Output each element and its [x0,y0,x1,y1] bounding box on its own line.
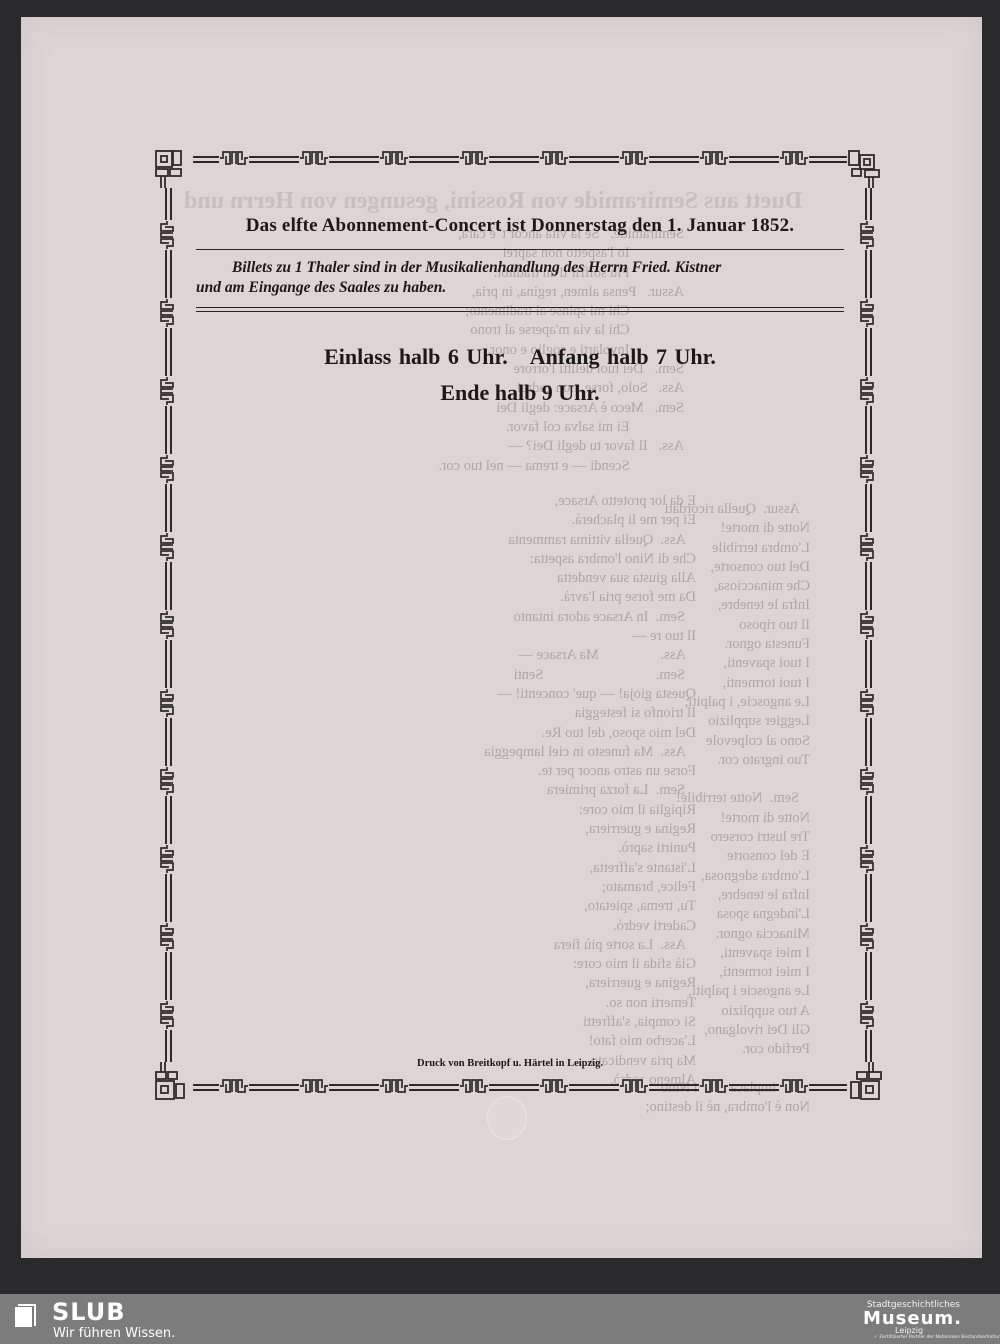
key-ornament-icon [299,1078,329,1094]
museum-city: Leipzig [895,1326,923,1335]
border-top-rail [177,156,860,163]
key-ornament-icon [159,454,175,484]
double-divider-rule [196,307,844,312]
corner-ornament-icon [153,148,193,188]
divider-rule [196,249,844,250]
key-ornament-icon [159,298,175,328]
key-ornament-icon [619,150,649,166]
key-ornament-icon [859,922,875,952]
key-ornament-icon [859,844,875,874]
key-ornament-icon [159,610,175,640]
key-ornament-icon [379,150,409,166]
border-bottom-rail [177,1084,860,1091]
key-ornament-icon [539,150,569,166]
slub-logo-icon [14,1302,38,1328]
ticket-info: Billets zu 1 Thaler sind in der Musikali… [196,258,846,298]
admission-times: Einlass halb 6 Uhr.Anfang halb 7 Uhr. [0,344,1000,370]
key-ornament-icon [699,150,729,166]
concert-announcement-heading: Das elfte Abonnement-Concert ist Donners… [0,215,1000,237]
ende-time: Ende halb 9 Uhr. [0,380,1000,406]
corner-ornament-icon [847,148,887,188]
key-ornament-icon [159,766,175,796]
footer-banner: SLUB Wir führen Wissen. Stadtgeschichtli… [0,1294,1000,1344]
key-ornament-icon [859,298,875,328]
key-ornament-icon [859,688,875,718]
key-ornament-icon [699,1078,729,1094]
key-ornament-icon [219,1078,249,1094]
key-ornament-icon [619,1078,649,1094]
key-ornament-icon [539,1078,569,1094]
slub-brand[interactable]: SLUB [52,1298,126,1326]
key-ornament-icon [159,532,175,562]
einlass-time: Einlass halb 6 Uhr. [324,344,508,369]
key-ornament-icon [159,1000,175,1030]
key-ornament-icon [859,532,875,562]
slub-tagline: Wir führen Wissen. [53,1326,175,1341]
key-ornament-icon [299,150,329,166]
key-ornament-icon [379,1078,409,1094]
key-ornament-icon [459,150,489,166]
museum-certification-note: ✓ Zertifizierter Partner der Nationalen … [874,1335,1000,1340]
ticket-info-line-2: und am Eingange des Saales zu haben. [196,279,446,296]
key-ornament-icon [159,844,175,874]
key-ornament-icon [459,1078,489,1094]
key-ornament-icon [859,610,875,640]
key-ornament-icon [779,1078,809,1094]
key-ornament-icon [219,150,249,166]
anfang-time: Anfang halb 7 Uhr. [530,344,716,369]
key-ornament-icon [859,454,875,484]
key-ornament-icon [779,150,809,166]
key-ornament-icon [159,688,175,718]
embossed-stamp [487,1096,527,1140]
key-ornament-icon [159,922,175,952]
key-ornament-icon [859,766,875,796]
key-ornament-icon [859,1000,875,1030]
ticket-info-line-1: Billets zu 1 Thaler sind in der Musikali… [196,258,846,278]
printer-imprint: Druck von Breitkopf u. Härtel in Leipzig… [0,1058,1000,1069]
